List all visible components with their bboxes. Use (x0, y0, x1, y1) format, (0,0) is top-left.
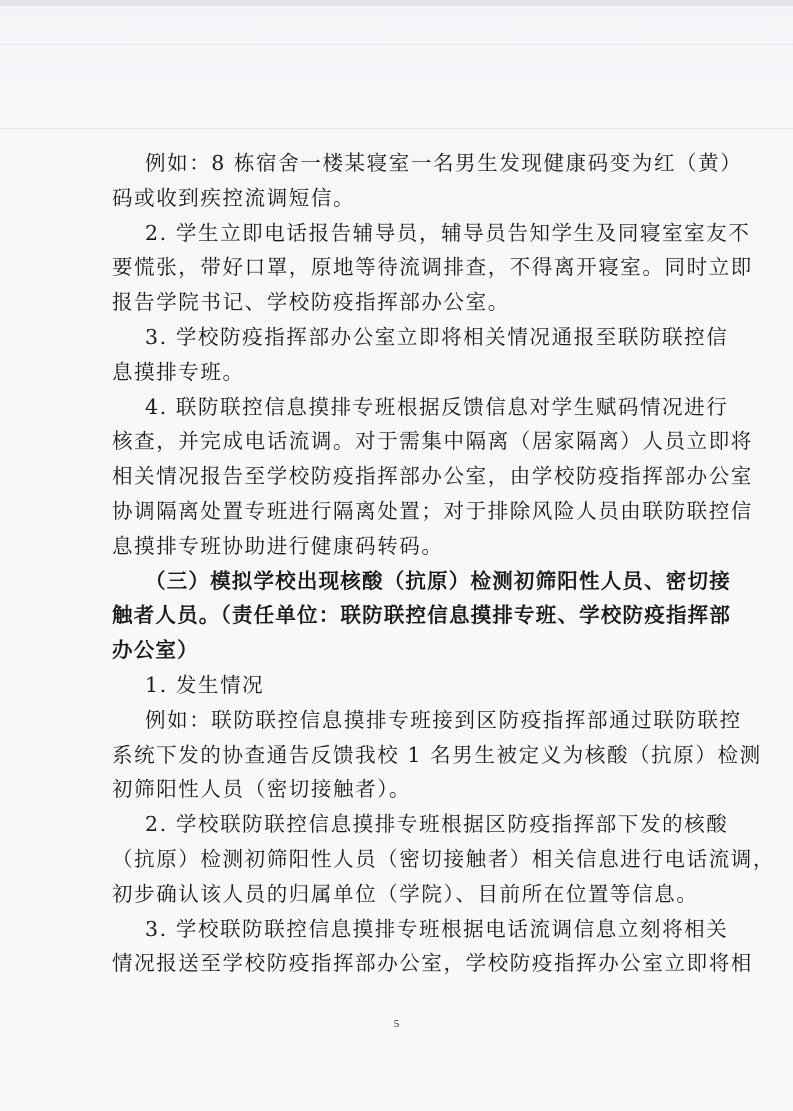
text-line: 例如：8 栋宿舍一楼某寝室一名男生发现健康码变为红（黄） (112, 146, 688, 181)
text-line: （抗原）检测初筛阳性人员（密切接触者）相关信息进行电话流调， (112, 842, 688, 877)
text-line: 息摸排专班协助进行健康码转码。 (112, 529, 688, 564)
paragraph-section3-step-3: 3. 学校联防联控信息摸排专班根据电话流调信息立刻将相关 情况报送至学校防疫指挥… (112, 912, 688, 982)
text-line: 例如：联防联控信息摸排专班接到区防疫指挥部通过联防联控 (112, 703, 688, 738)
paragraph-step-3: 3. 学校防疫指挥部办公室立即将相关情况通报至联防联控信 息摸排专班。 (112, 320, 688, 390)
text-line: 2. 学校联防联控信息摸排专班根据区防疫指挥部下发的核酸 (112, 807, 688, 842)
text-line: 3. 学校联防联控信息摸排专班根据电话流调信息立刻将相关 (112, 912, 688, 947)
bleed-through-line (0, 128, 793, 129)
scan-edge (0, 0, 793, 6)
section-heading-3: （三）模拟学校出现核酸（抗原）检测初筛阳性人员、密切接 触者人员。（责任单位：联… (112, 564, 688, 668)
document-page: 例如：8 栋宿舍一楼某寝室一名男生发现健康码变为红（黄） 码或收到疾控流调短信。… (0, 0, 793, 1111)
text-line: 息摸排专班。 (112, 355, 688, 390)
heading-line: （三）模拟学校出现核酸（抗原）检测初筛阳性人员、密切接 (112, 564, 688, 599)
text-line: 核查，并完成电话流调。对于需集中隔离（居家隔离）人员立即将 (112, 424, 688, 459)
paragraph-step-2: 2. 学生立即电话报告辅导员，辅导员告知学生及同寝室室友不 要慌张，带好口罩，原… (112, 216, 688, 320)
text-line: 码或收到疾控流调短信。 (112, 181, 688, 216)
text-line: 系统下发的协查通告反馈我校 1 名男生被定义为核酸（抗原）检测 (112, 738, 688, 773)
text-line: 初筛阳性人员（密切接触者）。 (112, 772, 688, 807)
text-line: 2. 学生立即电话报告辅导员，辅导员告知学生及同寝室室友不 (112, 216, 688, 251)
paragraph-example-positive: 例如：联防联控信息摸排专班接到区防疫指挥部通过联防联控 系统下发的协查通告反馈我… (112, 703, 688, 807)
text-line: 4. 联防联控信息摸排专班根据反馈信息对学生赋码情况进行 (112, 390, 688, 425)
document-body: 例如：8 栋宿舍一楼某寝室一名男生发现健康码变为红（黄） 码或收到疾控流调短信。… (112, 146, 688, 981)
paragraph-section3-step-2: 2. 学校联防联控信息摸排专班根据区防疫指挥部下发的核酸 （抗原）检测初筛阳性人… (112, 807, 688, 911)
paragraph-step-4: 4. 联防联控信息摸排专班根据反馈信息对学生赋码情况进行 核查，并完成电话流调。… (112, 390, 688, 564)
bleed-through-line (0, 44, 793, 45)
subheading-occurrence: 1. 发生情况 (112, 668, 688, 703)
heading-line: 触者人员。（责任单位：联防联控信息摸排专班、学校防疫指挥部 (112, 598, 688, 633)
text-line: 情况报送至学校防疫指挥部办公室，学校防疫指挥办公室立即将相 (112, 946, 688, 981)
text-line: 要慌张，带好口罩，原地等待流调排查，不得离开寝室。同时立即 (112, 250, 688, 285)
text-line: 1. 发生情况 (112, 668, 688, 703)
heading-line: 办公室） (112, 633, 688, 668)
text-line: 协调隔离处置专班进行隔离处置；对于排除风险人员由联防联控信 (112, 494, 688, 529)
text-line: 初步确认该人员的归属单位（学院）、目前所在位置等信息。 (112, 877, 688, 912)
text-line: 相关情况报告至学校防疫指挥部办公室，由学校防疫指挥部办公室 (112, 459, 688, 494)
page-number: 5 (0, 1018, 793, 1030)
text-line: 报告学院书记、学校防疫指挥部办公室。 (112, 285, 688, 320)
paragraph-example-health-code: 例如：8 栋宿舍一楼某寝室一名男生发现健康码变为红（黄） 码或收到疾控流调短信。 (112, 146, 688, 216)
text-line: 3. 学校防疫指挥部办公室立即将相关情况通报至联防联控信 (112, 320, 688, 355)
